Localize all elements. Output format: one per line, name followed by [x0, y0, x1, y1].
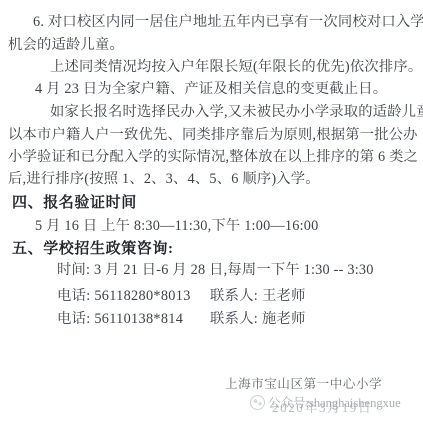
phone-number: 56118280*8013: [94, 288, 190, 304]
contact-entry: 联系人: 王老师: [210, 285, 306, 305]
contact-label: 联系人:: [210, 288, 258, 304]
doc-line-2: 机会的适龄儿童。: [8, 37, 124, 53]
section-5-heading: 五、学校招生政策咨询:: [12, 241, 174, 257]
doc-line-7: 小学验证和已分配入学的实际情况,整体放在以上排序的第 6 类之: [8, 149, 418, 165]
contact-label: 联系人:: [210, 311, 258, 327]
phone-number: 56110138*814: [94, 311, 183, 327]
watermark-logo-icon: [250, 395, 265, 410]
contact-name: 施老师: [262, 311, 306, 327]
document-page: 6. 对口校区内同一居住户地址五年内已享有一次同校对口入学 机会的适龄儿童。 上…: [0, 0, 423, 421]
section-4-time-line: 5 月 16 日 上午 8:30—11:30,下午 1:00—16:00: [35, 218, 318, 234]
section-4-heading: 四、报名验证时间: [12, 195, 137, 211]
doc-line-3: 上述同类情况均按入户年限长短(年限长的优先)依次排序。: [50, 59, 422, 75]
watermark-text: 公众号:shanghaishengxue: [268, 393, 401, 411]
section-5-time-line: 时间: 3 月 21 日-6 月 28 日,每周一下午 1:30 -- 3:30: [57, 262, 374, 278]
phone-label: 电话:: [57, 288, 90, 304]
school-signature: 上海市宝山区第一中心小学: [225, 374, 382, 392]
phone-label: 电话:: [57, 311, 90, 327]
phone-entry: 电话: 56110138*814: [57, 308, 183, 328]
doc-line-8: 后,进行排序(按照 1、2、3、4、5、6 顺序)入学。: [8, 171, 320, 187]
phone-entry: 电话: 56118280*8013: [57, 285, 191, 305]
contact-entry: 联系人: 施老师: [210, 308, 306, 328]
contact-row-2: 电话: 56110138*814 联系人: 施老师: [0, 308, 423, 326]
watermark: 公众号:shanghaishengxue: [250, 393, 401, 411]
contact-row-1: 电话: 56118280*8013 联系人: 王老师: [0, 285, 423, 303]
doc-line-5: 如家长报名时选择民办入学,又未被民办小学录取的适龄儿童,: [50, 104, 423, 120]
doc-line-6: 以本市户籍人户一致优先、同类排序靠后为原则,根据第一批公办: [8, 127, 418, 143]
doc-line-1: 6. 对口校区内同一居住户地址五年内已享有一次同校对口入学: [33, 14, 423, 30]
contact-name: 王老师: [262, 288, 306, 304]
doc-line-4: 4 月 23 日为全家户籍、产证及相关信息的变更截止日。: [35, 81, 387, 97]
